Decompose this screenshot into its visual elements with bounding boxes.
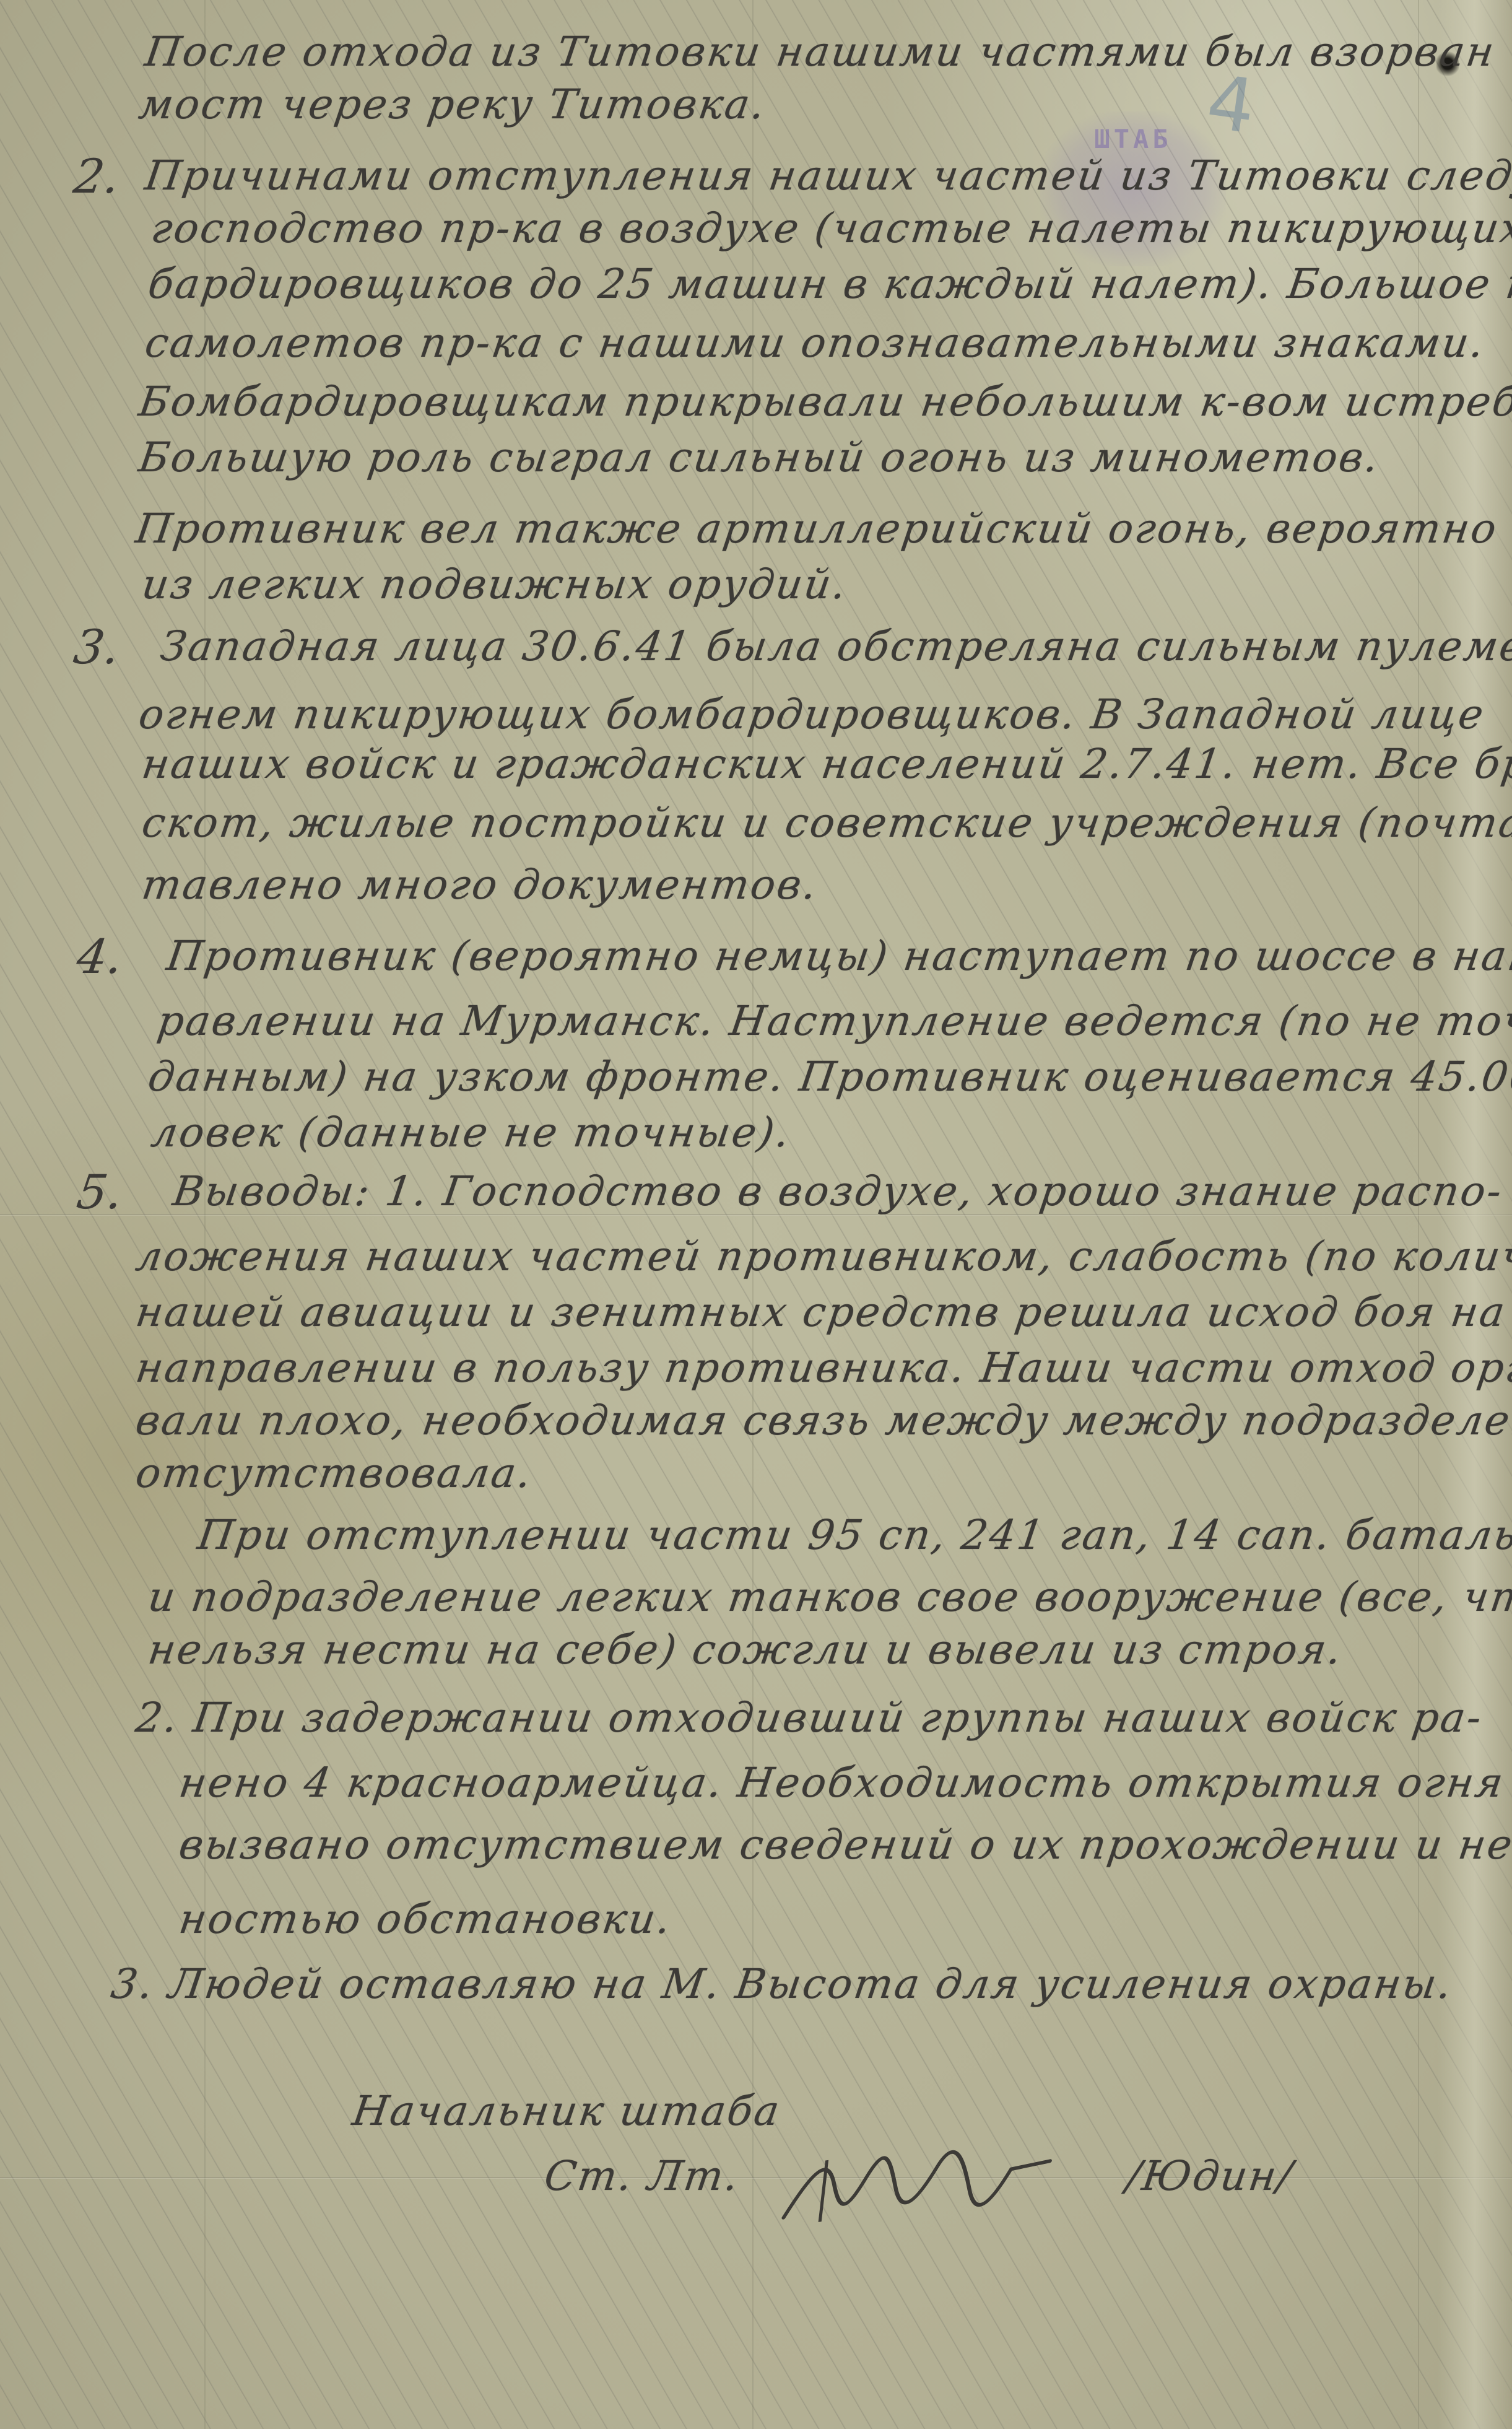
- text-line: и подразделение легких танков свое воору…: [146, 1573, 1512, 1621]
- closing-title: Начальник штаба: [350, 2087, 784, 2135]
- item-number: 5.: [74, 1164, 126, 1219]
- closing-name: /Юдин/: [1124, 2152, 1297, 2200]
- text-line: Причинами отступления наших частей из Ти…: [142, 152, 1512, 199]
- signature-icon: [775, 2136, 1061, 2230]
- item-number: 3.: [71, 619, 123, 674]
- paper-sheet: ШТАБ 4 После отхода из Титовки нашими ча…: [0, 0, 1512, 2429]
- text-line: После отхода из Титовки нашими частями б…: [142, 28, 1499, 76]
- text-line: направлении в пользу противника. Наши ча…: [133, 1344, 1512, 1392]
- text-line: нено 4 красноармейца. Необходимость откр…: [176, 1759, 1508, 1807]
- text-line: наших войск и гражданских населений 2.7.…: [139, 740, 1512, 788]
- text-line: нельзя нести на себе) сожгли и вывели из…: [146, 1626, 1346, 1673]
- text-line: вали плохо, необходимая связь между межд…: [133, 1397, 1512, 1444]
- text-line: Западная лица 30.6.41 была обстреляна си…: [158, 622, 1512, 670]
- text-line: огнем пикирующих бомбардировщиков. В Зап…: [136, 691, 1488, 738]
- text-line: Противник (вероятно немцы) наступает по …: [164, 932, 1512, 980]
- text-line: скот, жилые постройки и советские учрежд…: [139, 799, 1512, 847]
- text-line: данным) на узком фронте. Противник оцени…: [146, 1053, 1512, 1101]
- item-number: 2.: [71, 149, 123, 204]
- text-line: ложения наших частей противником, слабос…: [133, 1232, 1512, 1280]
- signature-scribble: [777, 2136, 1061, 2218]
- text-line: равлении на Мурманск. Наступление ведетс…: [155, 997, 1512, 1045]
- text-line: Выводы: 1. Господство в воздухе, хорошо …: [170, 1167, 1506, 1215]
- text-line: 2. При задержании отходивший группы наши…: [133, 1694, 1487, 1742]
- closing-rank: Ст. Лт.: [542, 2152, 744, 2200]
- text-line: самолетов пр-ка с нашими опознавательным…: [142, 319, 1489, 367]
- text-line: Бомбардировщикам прикрывали небольшим к-…: [136, 378, 1512, 425]
- text-line: 3. Людей оставляю на М. Высота для усиле…: [108, 1960, 1456, 2008]
- text-line: бардировщиков до 25 машин в каждый налет…: [146, 260, 1512, 308]
- text-line: тавлено много документов.: [139, 861, 822, 909]
- text-line: ностью обстановки.: [176, 1895, 676, 1943]
- item-number: 4.: [74, 929, 126, 984]
- text-line: отсутствовала.: [133, 1449, 536, 1497]
- text-line: При отступлении части 95 сп, 241 гап, 14…: [195, 1511, 1512, 1559]
- text-line: нашей авиации и зенитных средств решила …: [133, 1288, 1512, 1336]
- text-line: господство пр-ка в воздухе (частые налет…: [149, 204, 1512, 252]
- text-line: вызвано отсутствием сведений о их прохож…: [176, 1821, 1512, 1869]
- text-line: Большую роль сыграл сильный огонь из мин…: [136, 434, 1383, 481]
- stamp-text: ШТАБ: [1094, 124, 1171, 154]
- text-line: ловек (данные не точные).: [149, 1109, 794, 1156]
- text-line: мост через реку Титовка.: [136, 81, 770, 128]
- text-line: из легких подвижных орудий.: [139, 560, 851, 608]
- text-line: Противник вел также артиллерийский огонь…: [133, 505, 1501, 552]
